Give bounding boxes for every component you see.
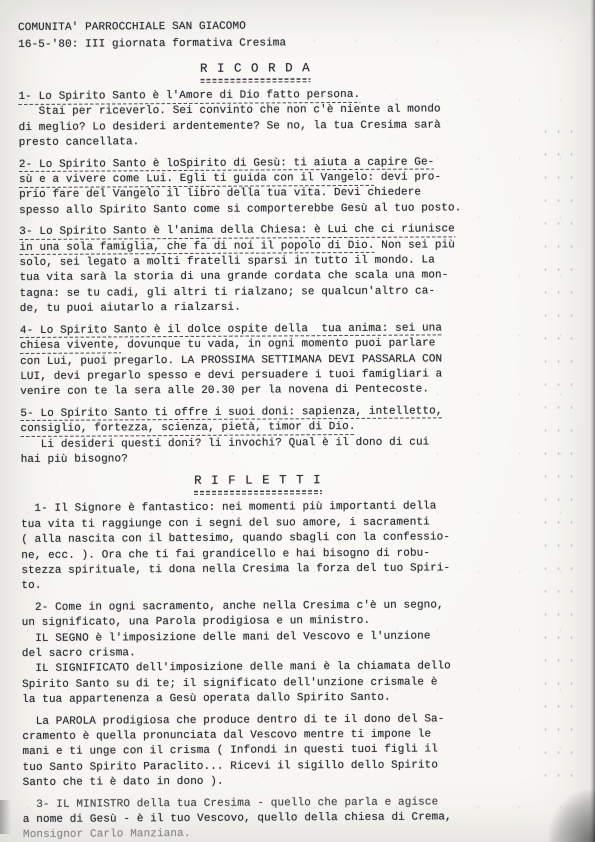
plain-text: tuo Santo Spirito Paraclito... Ricevi il… — [23, 759, 439, 774]
plain-text: mani e ti unge con il crisma ( Infondi i… — [22, 744, 438, 759]
plain-text: spesso allo Spirito Santo come si compor… — [19, 202, 461, 217]
rifletti-point-1: 1- Il Signore è fantastico: nei momenti … — [21, 499, 496, 594]
plain-text: 3- IL MINISTRO della tua Cresima - quell… — [23, 796, 439, 811]
text-line: venire con te la sera alle 20.30 per la … — [20, 382, 494, 400]
document-header: COMUNITA' PARROCCHIALE SAN GIACOMO 16-5-… — [18, 17, 492, 54]
plain-text: tagna: se tu cadi, gli altri ti rialzano… — [20, 285, 436, 300]
plain-text: con Lui, puoi pregarlo. LA PROSSIMA SETT… — [20, 353, 442, 368]
date-line: 16-5-'80: III giornata formativa Cresima — [18, 34, 492, 54]
scanned-page: COMUNITA' PARROCCHIALE SAN GIACOMO 16-5-… — [0, 0, 595, 842]
plain-text: cramento è quella pronunciata dal Vescov… — [22, 729, 431, 743]
plain-text: tua vita ti raggiunge con i segni del su… — [21, 516, 430, 530]
plain-text: stezza spirituale, ti dona nella Cresima… — [21, 562, 450, 577]
text-line: di meglio? Lo desideri ardentemente? Se … — [19, 118, 493, 136]
underlined-text: 1- Lo Spirito Santo è l'Amore di Dio fat… — [18, 89, 360, 105]
plain-text: a nome di Gesù - è il tuo Vescovo, quell… — [23, 811, 452, 826]
ricorda-point-4: 4- Lo Spirito Santo è il dolce ospite de… — [20, 321, 494, 401]
rifletti-parola-paragraph: La PAROLA prodigiosa che produce dentro … — [22, 712, 496, 792]
scan-smudge-bottom-left — [0, 800, 16, 834]
text-line: Spirito Santo su di te; il significato d… — [22, 675, 496, 693]
text-line: 3- IL MINISTRO della tua Cresima - quell… — [23, 795, 497, 813]
text-line: 2- Come in ogni sacramento, anche nella … — [22, 598, 496, 616]
plain-text: dovunque tu vada, in ogni momento puoi p… — [120, 338, 435, 352]
plain-text: la tua appartenenza a Gesù operata dallo… — [22, 692, 391, 706]
underlined-text: 5- Lo Spirito Santo ti offre i suoi doni… — [20, 405, 442, 422]
ricorda-point-2: 2- Lo Spirito Santo è loSpirito di Gesù:… — [19, 155, 493, 220]
plain-text: La PAROLA prodigiosa che produce dentro … — [22, 713, 444, 728]
plain-text: un significato, una Parola prodigiosa e … — [22, 615, 371, 629]
text-line: tuo Santo Spirito Paraclito... Ricevi il… — [23, 758, 497, 776]
ricorda-point-1: 1- Lo Spirito Santo è l'Amore di Dio fat… — [18, 87, 492, 152]
plain-text: to. — [21, 580, 41, 592]
plain-text: IL SIGNIFICATO dell'imposizione delle ma… — [22, 661, 451, 676]
rifletti-point-3: 3- IL MINISTRO della tua Cresima - quell… — [23, 795, 497, 842]
scan-edge-right — [590, 0, 595, 842]
plain-text: 1- Il Signore è fantastico: nei momenti … — [21, 501, 437, 516]
text-line: spesso allo Spirito Santo come si compor… — [19, 201, 493, 219]
section-heading-rifletti: R I F L E T T I — [21, 471, 495, 496]
text-line: to. — [21, 576, 495, 594]
plain-text: IL SEGNO è l'imposizione delle mani del … — [22, 630, 431, 644]
plain-text: di meglio? Lo desideri ardentemente? Se … — [19, 119, 441, 134]
plain-text: tua vita sarà la storia di una grande co… — [20, 270, 449, 285]
text-line: IL SEGNO è l'imposizione delle mani del … — [22, 629, 496, 647]
plain-text: presto cancellata. — [19, 136, 140, 149]
text-line: hai più bisogno? — [21, 450, 495, 468]
plain-text: 2- Come in ogni sacramento, anche nella … — [22, 599, 444, 614]
plain-text: devi pro- — [374, 171, 441, 183]
plain-text: ne, ecc. ). Ora che ti fai grandicello e… — [21, 547, 430, 561]
document-content: COMUNITA' PARROCCHIALE SAN GIACOMO 16-5-… — [18, 17, 497, 842]
plain-text: Stai per riceverlo. Sei convinto che non… — [19, 104, 441, 119]
rifletti-point-2: 2- Come in ogni sacramento, anche nella … — [22, 598, 497, 709]
text-line: de, tu puoi aiutarlo a rialzarsi. — [20, 299, 494, 317]
underlined-text: chiesa vivente, — [20, 339, 121, 354]
plain-text: hai più bisogno? — [21, 453, 128, 466]
plain-text: Non sei più — [375, 239, 455, 251]
text-line: Li desideri questi doni? li invochi? Qua… — [21, 435, 495, 453]
text-line: Monsignor Carlo Manziana. — [23, 826, 497, 842]
plain-text: solo, sei legato a molti fratelli sparsi… — [19, 255, 435, 270]
plain-text: venire con te la sera alle 20.30 per la … — [20, 384, 429, 398]
plain-text: ( alla nascita con il battesimo, quando … — [21, 532, 450, 547]
ricorda-point-3: 3- Lo Spirito Santo è l'anima della Chie… — [19, 222, 494, 317]
plain-text: de, tu puoi aiutarlo a rialzarsi. — [20, 302, 241, 315]
plain-text: prio fare del Vangelo il libro della tua… — [19, 187, 421, 201]
ricorda-point-5: 5- Lo Spirito Santo ti offre i suoi doni… — [20, 404, 494, 469]
scan-speckles-right-margin — [539, 120, 581, 780]
plain-text: Li desideri questi doni? li invochi? Qua… — [21, 436, 430, 450]
underlined-text: consiglio, fortezza, scienza, pietà, tim… — [20, 421, 355, 437]
heading-text-ricorda: R I C O R D A — [200, 60, 311, 83]
section-heading-ricorda: R I C O R D A — [18, 59, 492, 84]
text-line: presto cancellata. — [19, 133, 493, 151]
text-line: tagna: se tu cadi, gli altri ti rialzano… — [20, 284, 494, 302]
plain-text: Spirito Santo su di te; il significato d… — [22, 676, 438, 691]
scan-smudge-bottom-right — [549, 790, 595, 842]
plain-text: LUI, devi pregarlo spesso e devi persuad… — [20, 368, 442, 383]
plain-text: del sacro crisma. — [22, 647, 136, 660]
text-line: 5- Lo Spirito Santo ti offre i suoi doni… — [20, 404, 494, 422]
text-line: la tua appartenenza a Gesù operata dallo… — [22, 690, 496, 708]
text-line: Santo che ti è dato in dono ). — [23, 773, 497, 791]
plain-text: Santo che ti è dato in dono ). — [23, 776, 224, 789]
heading-text-rifletti: R I F L E T T I — [194, 472, 322, 495]
plain-text: Monsignor Carlo Manziana. — [23, 828, 191, 841]
